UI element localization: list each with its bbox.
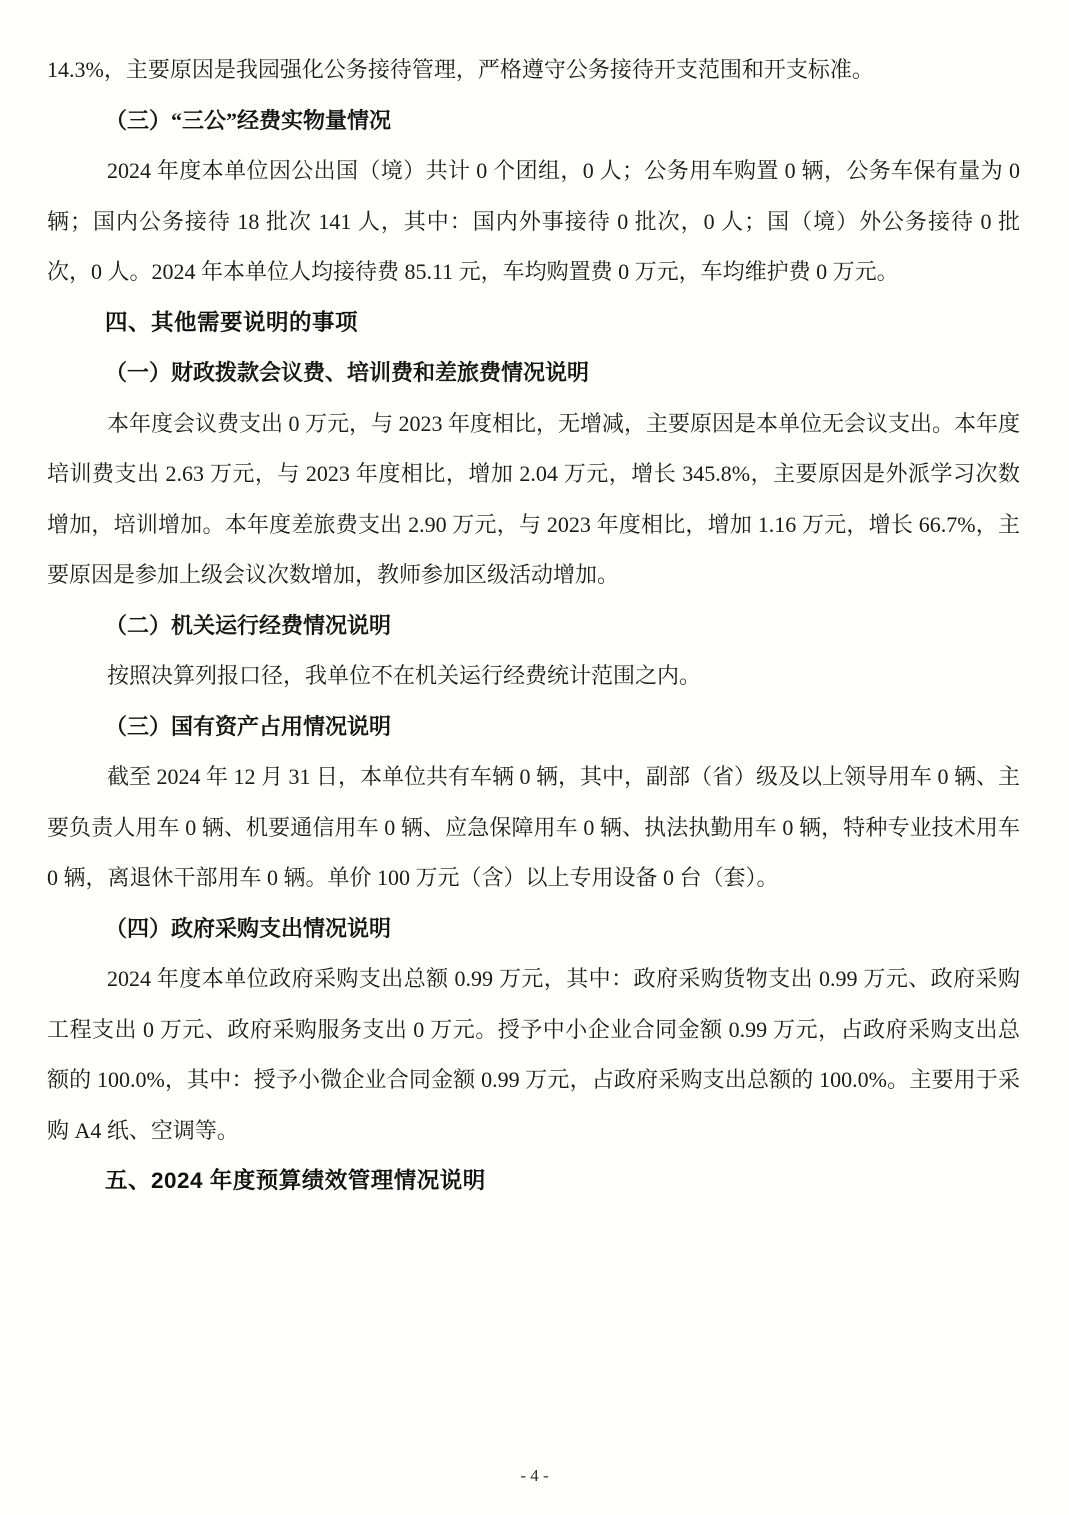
page-number: - 4 - [520, 1466, 548, 1485]
paragraph-meeting-training-travel-details: 本年度会议费支出 0 万元，与 2023 年度相比，无增减，主要原因是本单位无会… [47, 399, 1020, 601]
paragraph-agency-operating-expenses: 按照决算列报口径，我单位不在机关运行经费统计范围之内。 [47, 651, 1020, 702]
heading-meeting-training-travel-fees: （一）财政拨款会议费、培训费和差旅费情况说明 [47, 348, 1020, 399]
heading-other-matters: 四、其他需要说明的事项 [47, 298, 1020, 349]
document-page: 14.3%，主要原因是我园强化公务接待管理，严格遵守公务接待开支范围和开支标准。… [0, 0, 1069, 1515]
paragraph-reception-reason-continued: 14.3%，主要原因是我园强化公务接待管理，严格遵守公务接待开支范围和开支标准。 [47, 45, 1020, 96]
heading-state-owned-assets: （三）国有资产占用情况说明 [47, 702, 1020, 753]
heading-agency-operating-expenses: （二）机关运行经费情况说明 [47, 601, 1020, 652]
heading-three-public-expense-physical-quantities: （三）“三公”经费实物量情况 [47, 96, 1020, 147]
paragraph-three-public-expense-details: 2024 年度本单位因公出国（境）共计 0 个团组，0 人；公务用车购置 0 辆… [47, 146, 1020, 298]
page-footer: - 4 - [0, 1466, 1069, 1486]
heading-government-procurement: （四）政府采购支出情况说明 [47, 904, 1020, 955]
paragraph-state-owned-assets-details: 截至 2024 年 12 月 31 日，本单位共有车辆 0 辆，其中，副部（省）… [47, 752, 1020, 904]
paragraph-government-procurement-details: 2024 年度本单位政府采购支出总额 0.99 万元，其中：政府采购货物支出 0… [47, 954, 1020, 1156]
document-body: 14.3%，主要原因是我园强化公务接待管理，严格遵守公务接待开支范围和开支标准。… [47, 45, 1020, 1207]
heading-budget-performance: 五、2024 年度预算绩效管理情况说明 [47, 1156, 1020, 1207]
